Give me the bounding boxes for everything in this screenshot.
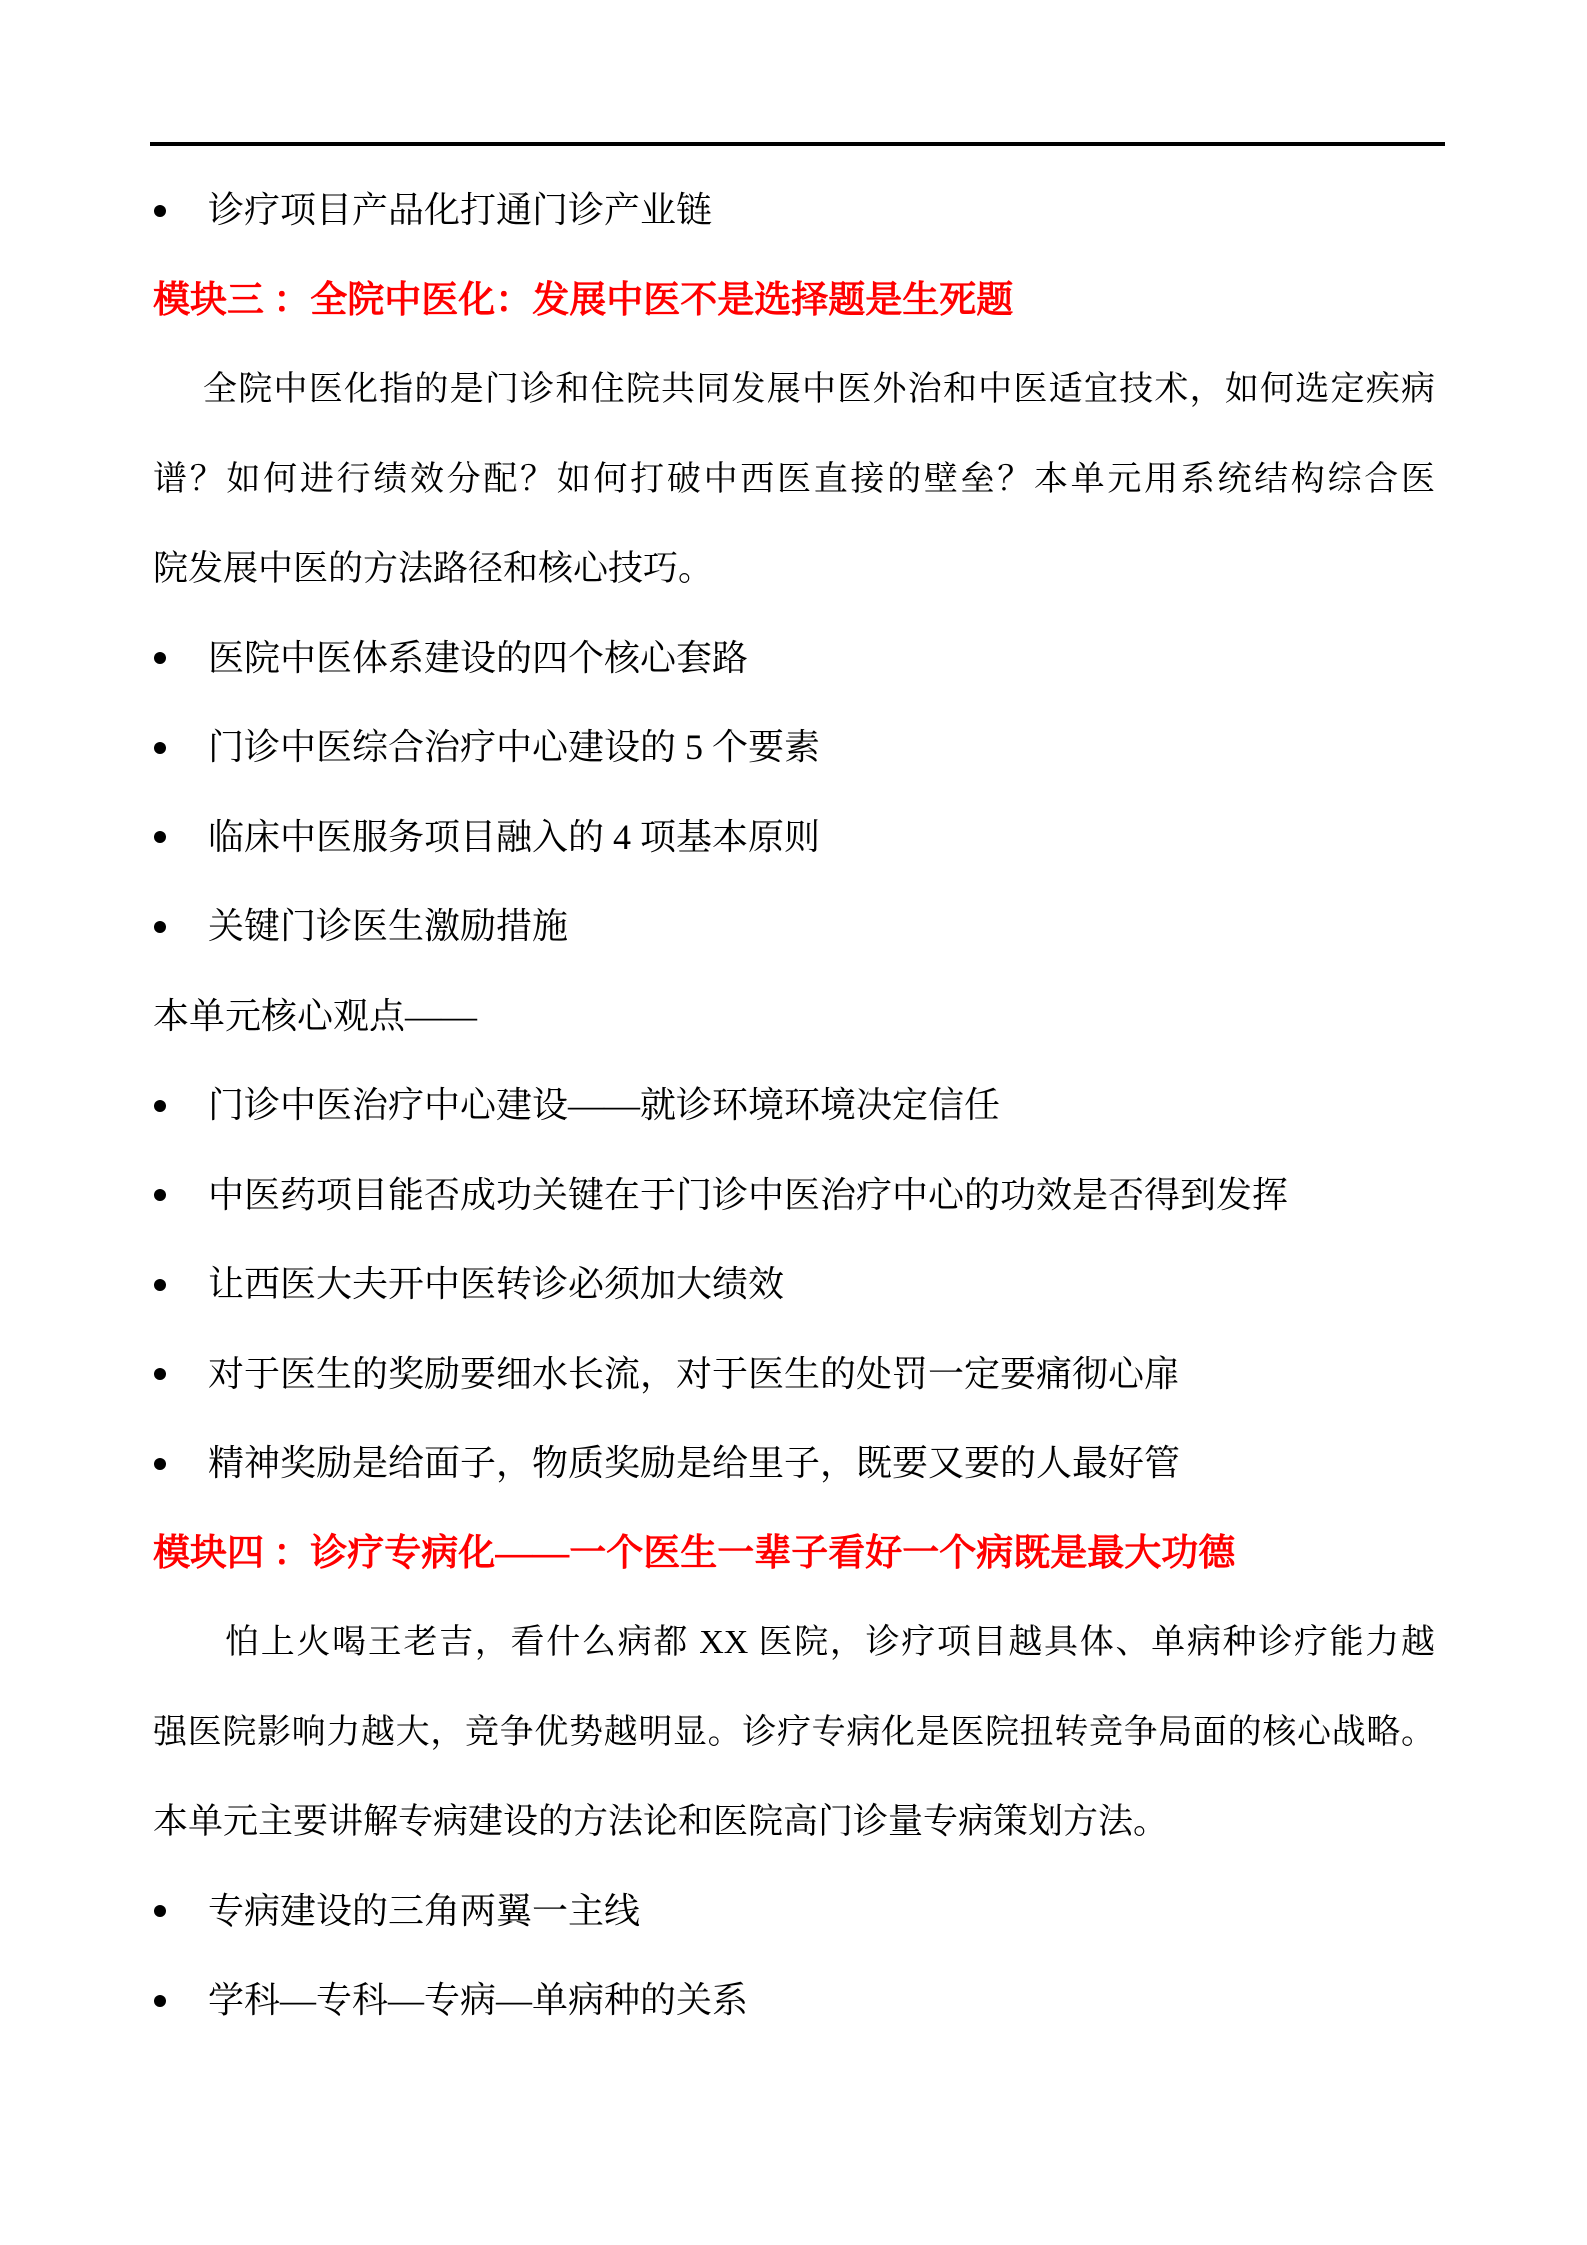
module3-heading: 模块三 ：全院中医化：发展中医不是选择题是生死题	[153, 256, 1435, 346]
bullet-item: 关键门诊医生激励措施	[153, 882, 1435, 972]
bullet-text: 门诊中医综合治疗中心建设的 5 个要素	[208, 727, 820, 767]
bullet-icon	[154, 742, 166, 754]
paragraph-line: 全院中医化指的是门诊和住院共同发展中医外治和中医适宜技术，如何选定疾病	[153, 345, 1435, 435]
bullet-item: 专病建设的三角两翼一主线	[153, 1867, 1435, 1957]
bullet-item: 门诊中医综合治疗中心建设的 5 个要素	[153, 703, 1435, 793]
bullet-icon	[154, 1279, 166, 1291]
bullet-text: 医院中医体系建设的四个核心套路	[208, 638, 748, 678]
bullet-icon	[154, 1189, 166, 1201]
bullet-text: 学科—专科—专病—单病种的关系	[208, 1980, 748, 2020]
bullet-text: 关键门诊医生激励措施	[208, 906, 568, 946]
bullet-item: 精神奖励是给面子，物质奖励是给里子，既要又要的人最好管	[153, 1419, 1435, 1509]
bullet-item: 临床中医服务项目融入的 4 项基本原则	[153, 793, 1435, 883]
bullet-text: 让西医大夫开中医转诊必须加大绩效	[208, 1264, 784, 1304]
bullet-item: 医院中医体系建设的四个核心套路	[153, 614, 1435, 704]
header-rule	[150, 142, 1445, 146]
paragraph-line: 谱？如何进行绩效分配？如何打破中西医直接的壁垒？本单元用系统结构综合医	[153, 435, 1435, 525]
bullet-text: 临床中医服务项目融入的 4 项基本原则	[208, 817, 820, 857]
bullet-text: 门诊中医治疗中心建设——就诊环境环境决定信任	[208, 1085, 1000, 1125]
bullet-item: 门诊中医治疗中心建设——就诊环境环境决定信任	[153, 1061, 1435, 1151]
bullet-item: 诊疗项目产品化打通门诊产业链	[153, 166, 1435, 256]
key-points-label: 本单元核心观点——	[153, 972, 1435, 1062]
bullet-icon	[154, 1458, 166, 1470]
paragraph-line: 本单元主要讲解专病建设的方法论和医院高门诊量专病策划方法。	[153, 1777, 1435, 1867]
bullet-text: 中医药项目能否成功关键在于门诊中医治疗中心的功效是否得到发挥	[208, 1175, 1288, 1215]
document-page: 诊疗项目产品化打通门诊产业链 模块三 ：全院中医化：发展中医不是选择题是生死题 …	[0, 0, 1587, 2245]
bullet-text: 对于医生的奖励要细水长流，对于医生的处罚一定要痛彻心扉	[208, 1354, 1180, 1394]
bullet-item: 让西医大夫开中医转诊必须加大绩效	[153, 1240, 1435, 1330]
bullet-text: 诊疗项目产品化打通门诊产业链	[208, 190, 712, 230]
bullet-icon	[154, 1368, 166, 1380]
document-content: 诊疗项目产品化打通门诊产业链 模块三 ：全院中医化：发展中医不是选择题是生死题 …	[153, 166, 1435, 2046]
module4-heading: 模块四 ：诊疗专病化——一个医生一辈子看好一个病既是最大功德	[153, 1509, 1435, 1599]
bullet-item: 中医药项目能否成功关键在于门诊中医治疗中心的功效是否得到发挥	[153, 1151, 1435, 1241]
bullet-icon	[154, 1905, 166, 1917]
bullet-text: 精神奖励是给面子，物质奖励是给里子，既要又要的人最好管	[208, 1443, 1180, 1483]
bullet-icon	[154, 921, 166, 933]
paragraph-line: 强医院影响力越大，竞争优势越明显。诊疗专病化是医院扭转竞争局面的核心战略。	[153, 1688, 1435, 1778]
bullet-icon	[154, 652, 166, 664]
bullet-icon	[154, 205, 166, 217]
bullet-item: 学科—专科—专病—单病种的关系	[153, 1956, 1435, 2046]
bullet-text: 专病建设的三角两翼一主线	[208, 1891, 640, 1931]
bullet-item: 对于医生的奖励要细水长流，对于医生的处罚一定要痛彻心扉	[153, 1330, 1435, 1420]
paragraph-line: 院发展中医的方法路径和核心技巧。	[153, 524, 1435, 614]
bullet-icon	[154, 1995, 166, 2007]
bullet-icon	[154, 1100, 166, 1112]
paragraph-line: 怕上火喝王老吉，看什么病都 XX 医院，诊疗项目越具体、单病种诊疗能力越	[153, 1598, 1435, 1688]
bullet-icon	[154, 831, 166, 843]
